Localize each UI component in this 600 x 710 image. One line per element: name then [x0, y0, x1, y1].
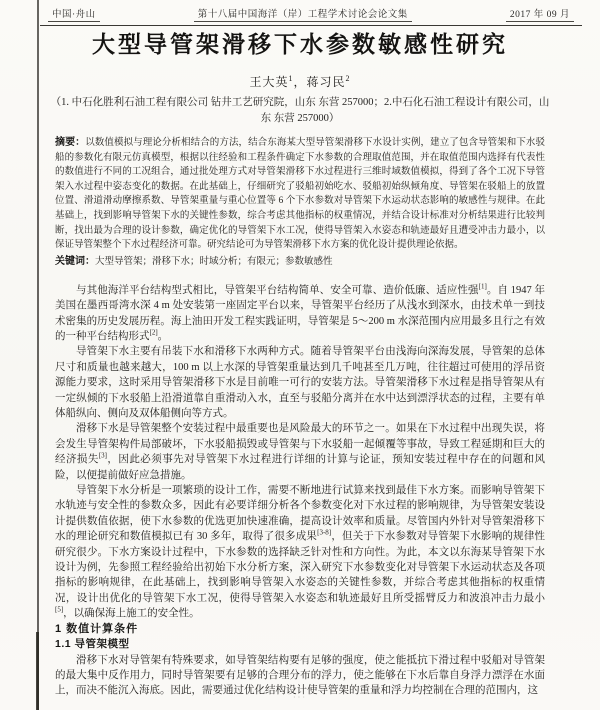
keywords-label: 关键词： — [55, 256, 95, 267]
page-number-smudge: ··· — [0, 693, 600, 702]
authors-line: 王大英1，蒋习民2 — [0, 73, 600, 90]
author-name: 蒋习民2 — [307, 75, 351, 89]
author-name: 王大英1， — [249, 75, 306, 89]
body-paragraph: 导管架下水分析是一项繁琐的设计工作，需要不断地进行试算来找到最佳下水方案。而影响… — [55, 483, 545, 622]
keywords-text: 大型导管架；滑移下水；时域分析；有限元；参数敏感性 — [95, 257, 333, 267]
body-paragraph: 导管架下水主要有吊装下水和滑移下水两种方式。随着导管架平台由浅海向深海发展，导管… — [55, 344, 545, 421]
body-paragraph: 滑移下水对导管架有特殊要求，如导管架结构要有足够的强度，使之能抵抗下滑过程中驳船… — [55, 653, 545, 699]
paper-body: 与其他海洋平台结构型式相比，导管架平台结构简单、安全可靠、造价低廉、适应性强[1… — [55, 283, 545, 699]
author-affil-marker: 2 — [346, 74, 351, 83]
subsection-heading-jacket-model: 1.1 导管架模型 — [55, 637, 545, 652]
abstract-block: 摘要：以数值模拟与理论分析相结合的方法，结合东海某大型导管架滑移下水设计实例，建… — [55, 136, 545, 253]
body-paragraph: 滑移下水是导管架整个安装过程中最重要也是风险最大的环节之一。如果在下水过程中出现… — [55, 421, 545, 483]
header-venue: 中国·舟山 — [48, 6, 100, 22]
header-proceedings-title: 第十八届中国海洋（岸）工程学术讨论会论文集 — [194, 6, 412, 22]
body-paragraph: 与其他海洋平台结构型式相比，导管架平台结构简单、安全可靠、造价低廉、适应性强[1… — [55, 283, 545, 345]
section-heading-numerical-conditions: 1 数值计算条件 — [55, 622, 545, 637]
affiliation-line: （1. 中石化胜利石油工程有限公司 钻井工艺研究院，山东 东营 257000；2… — [48, 95, 552, 127]
scanned-paper-page: 中国·舟山 第十八届中国海洋（岸）工程学术讨论会论文集 2017 年 09 月 … — [0, 0, 600, 710]
page-header: 中国·舟山 第十八届中国海洋（岸）工程学术讨论会论文集 2017 年 09 月 — [40, 6, 582, 26]
abstract-label: 摘要： — [55, 137, 85, 148]
keywords-block: 关键词：大型导管架；滑移下水；时域分析；有限元；参数敏感性 — [55, 254, 545, 270]
abstract-text: 以数值模拟与理论分析相结合的方法，结合东海某大型导管架滑移下水设计实例，建立了包… — [55, 138, 545, 250]
header-date: 2017 年 09 月 — [506, 6, 574, 22]
scan-artifact-left-line — [37, 0, 39, 710]
